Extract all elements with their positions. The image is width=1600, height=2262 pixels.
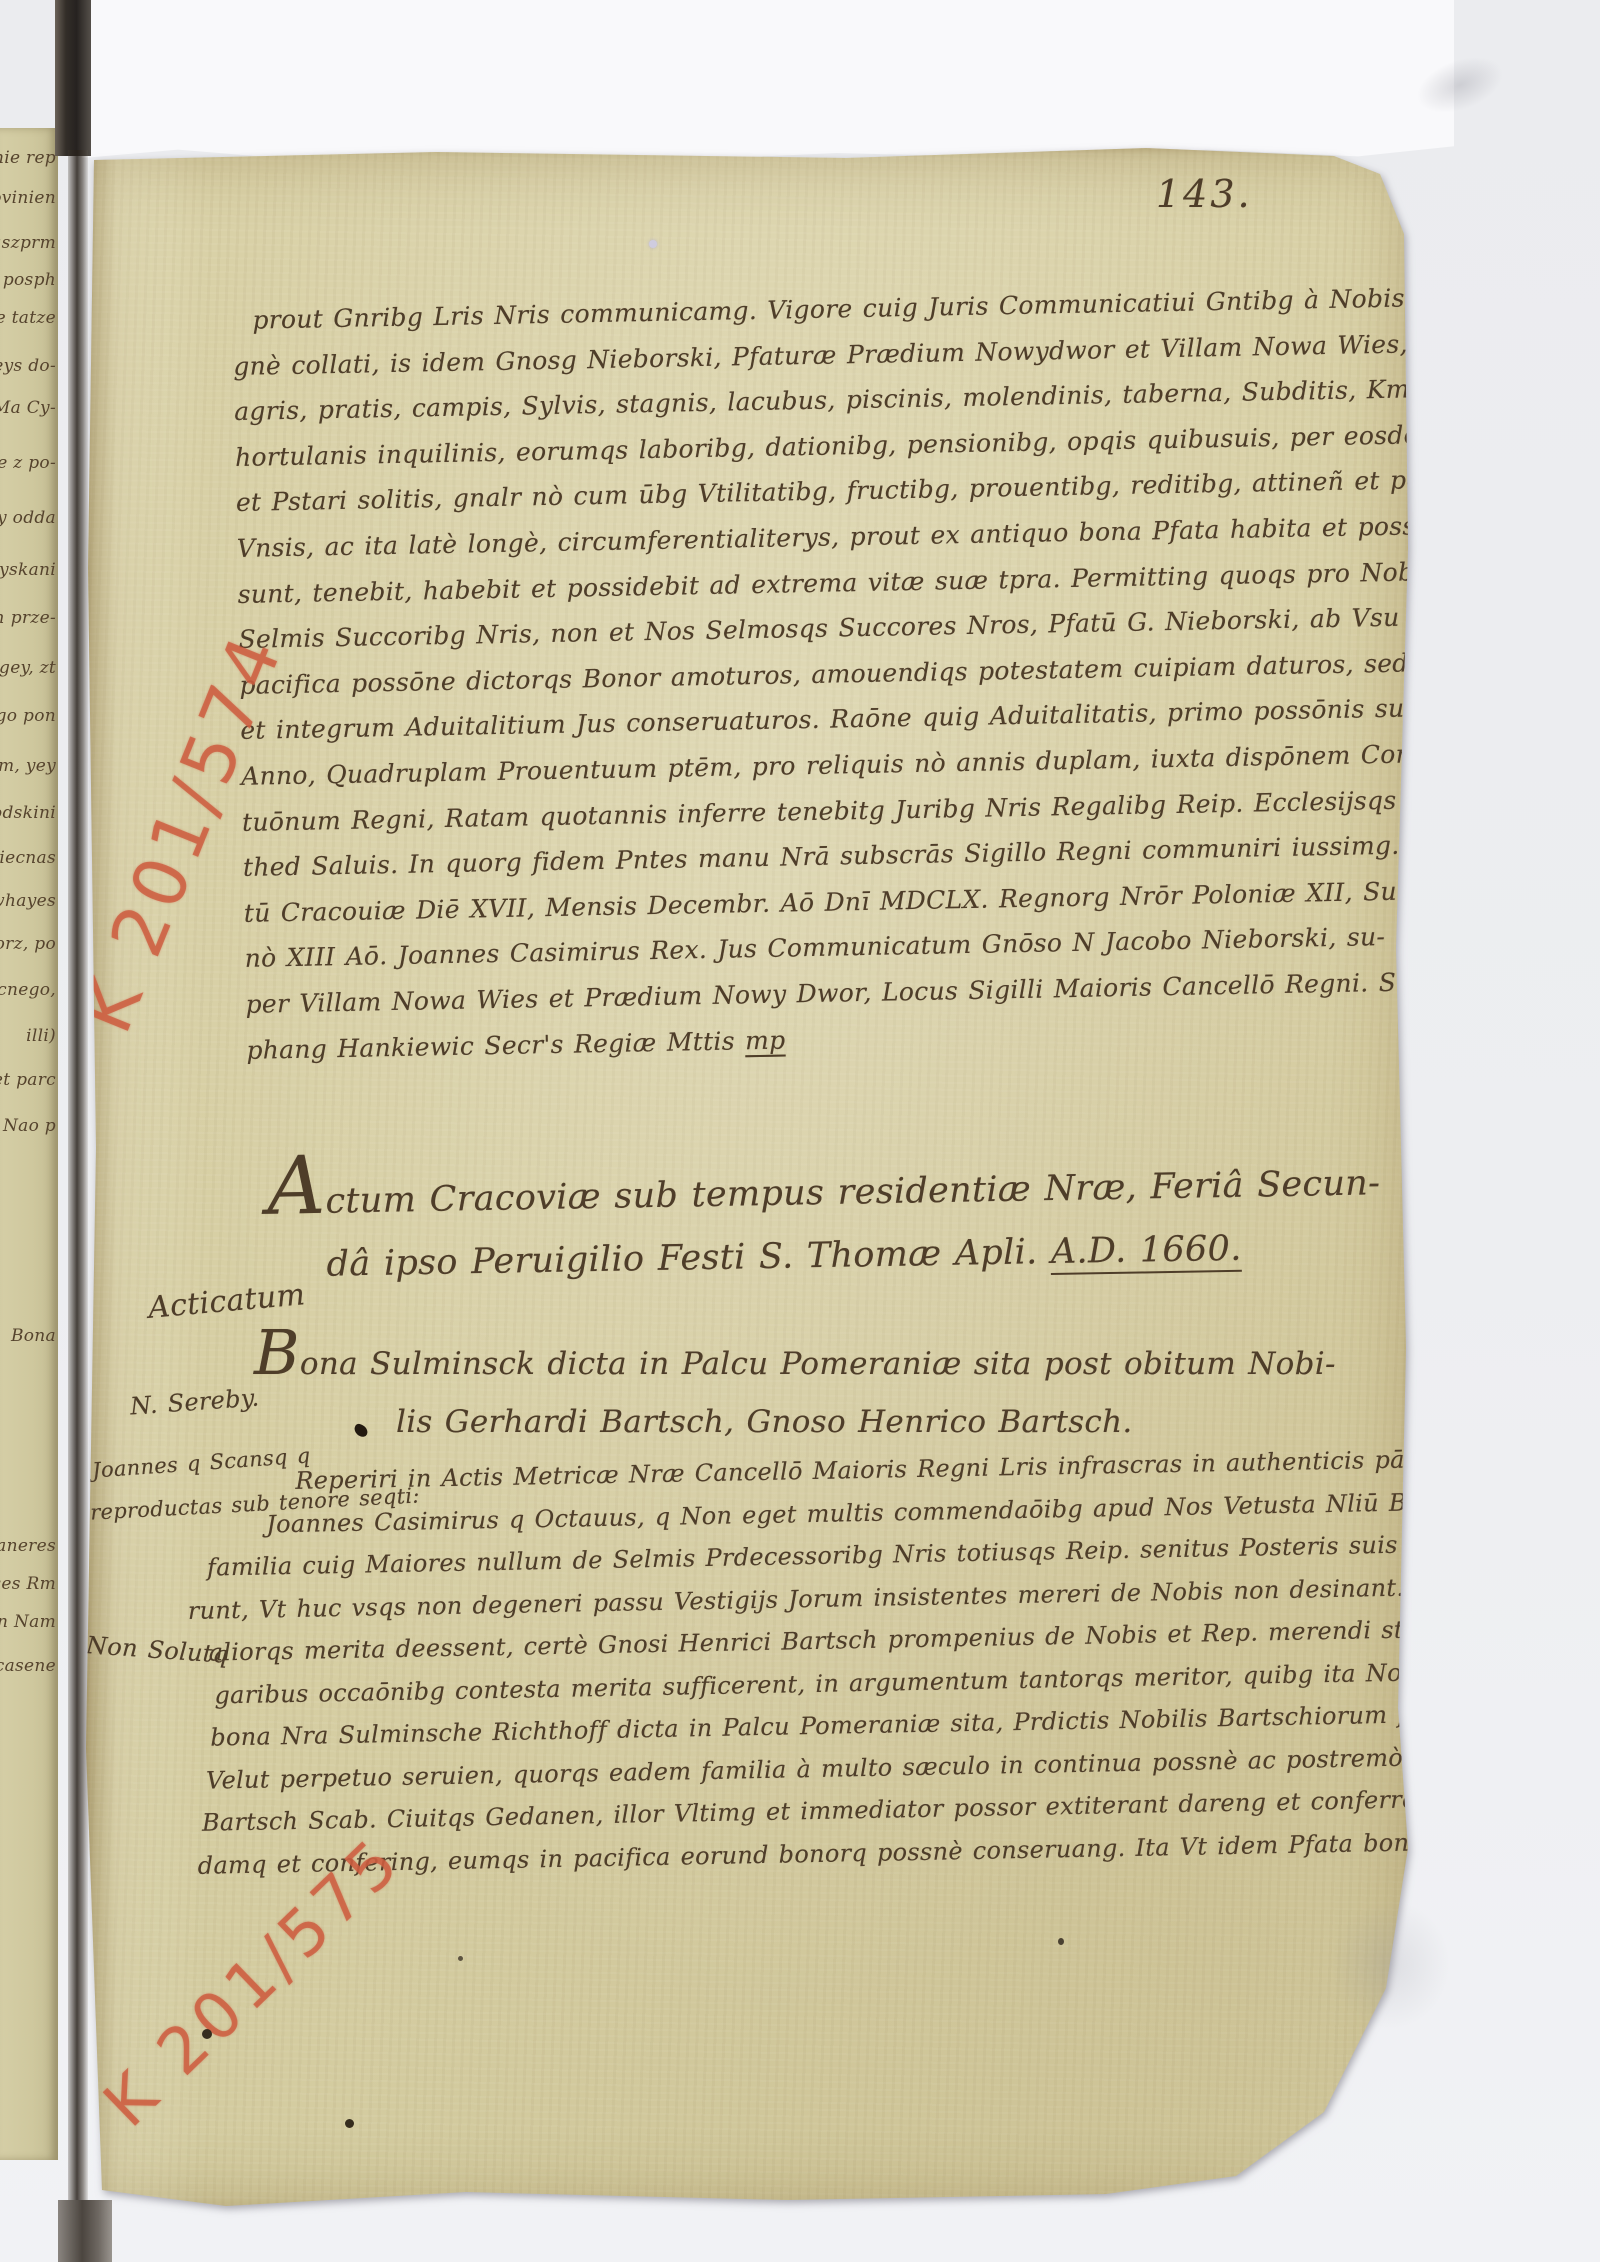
backing-sheet (82, 0, 1454, 170)
entry-heading-line1: Bona Sulminsck dicta in Palcu Pomeraniæ … (254, 1346, 1336, 1382)
side-text-fragment: yrwhayes (0, 891, 56, 911)
side-text-fragment: Piecnas (0, 848, 56, 868)
signature-text: phang Hankiewic Secr's Regiæ Mttis (246, 1026, 745, 1065)
side-text-fragment: y ses Rm (0, 1574, 56, 1594)
side-text-fragment: Bona (11, 1326, 56, 1346)
side-text-fragment: wdnego pon (0, 706, 56, 726)
margin-note-sereby: N. Sereby. (129, 1384, 260, 1421)
actum-year-underlined: A.D. 1660. (1051, 1229, 1242, 1275)
side-text-fragment: ypigey, zt (0, 658, 56, 678)
side-text-fragment: nes posph (0, 270, 56, 290)
page-number: 143. (1156, 172, 1253, 216)
paper-hole (649, 240, 657, 248)
side-text-fragment: pozyskani (0, 560, 56, 580)
side-text-fragment: lchMa Cy- (0, 398, 56, 418)
side-text-fragment: anie z po- (0, 453, 56, 473)
side-text-fragment: hich prze- (0, 608, 56, 628)
side-text-fragment: illan Nam (0, 1612, 56, 1632)
side-text-fragment: dac, y odda (0, 508, 56, 528)
side-text-fragment: Podskini (0, 803, 56, 823)
side-text-fragment: scnego, (0, 980, 56, 1000)
manuscript-page: 143. prout Gnribg Lris Nris communicamg.… (86, 148, 1412, 2210)
ink-speck (1058, 1938, 1064, 1945)
side-text-fragment: acasene (0, 1656, 56, 1676)
actum-date-text: dâ ipso Peruigilio Festi S. Thomæ Apli. (326, 1232, 1051, 1285)
document-1-text: prout Gnribg Lris Nris communicamg. Vigo… (232, 276, 1419, 1073)
side-text-fragment: ishm, yey (0, 756, 56, 776)
ink-speck (458, 1956, 463, 1961)
ink-speck (345, 2119, 354, 2128)
side-text-fragment: y Maszprm (0, 233, 56, 253)
scan-smudge (1330, 1900, 1450, 2030)
side-text-fragment: nie tatze (0, 308, 56, 328)
side-text-fragment: oddanie rep (0, 148, 56, 168)
side-text-fragment: ni, et parc (0, 1070, 56, 1090)
entry-heading-line2: lis Gerhardi Bartsch, Gnoso Henrico Bart… (396, 1404, 1133, 1440)
previous-page-edge: oddanie rep novinien y Maszprm nes posph… (0, 128, 58, 2160)
document-2-text: Reperiri in Actis Metricæ Nræ Cancellō M… (185, 1439, 1413, 1887)
binding-strip (68, 150, 88, 2206)
actum-clause: Actum Cracoviæ sub tempus residentiæ Nræ… (267, 1152, 1382, 1297)
side-text-fragment: sporz, po (0, 934, 56, 954)
signature-flourish: mp (745, 1025, 786, 1055)
ink-speck (202, 2029, 212, 2039)
side-text-fragment: weys do- (0, 356, 56, 376)
ink-blot (352, 1423, 369, 1439)
side-text-fragment: novinien (0, 188, 56, 208)
side-text-fragment: et Nao p (0, 1116, 56, 1136)
side-text-fragment: illi) (26, 1026, 56, 1046)
side-text-fragment: faneres (0, 1536, 56, 1556)
binding-strip-top (55, 0, 91, 156)
page-wrap: 143. prout Gnribg Lris Nris communicamg.… (86, 148, 1412, 2210)
